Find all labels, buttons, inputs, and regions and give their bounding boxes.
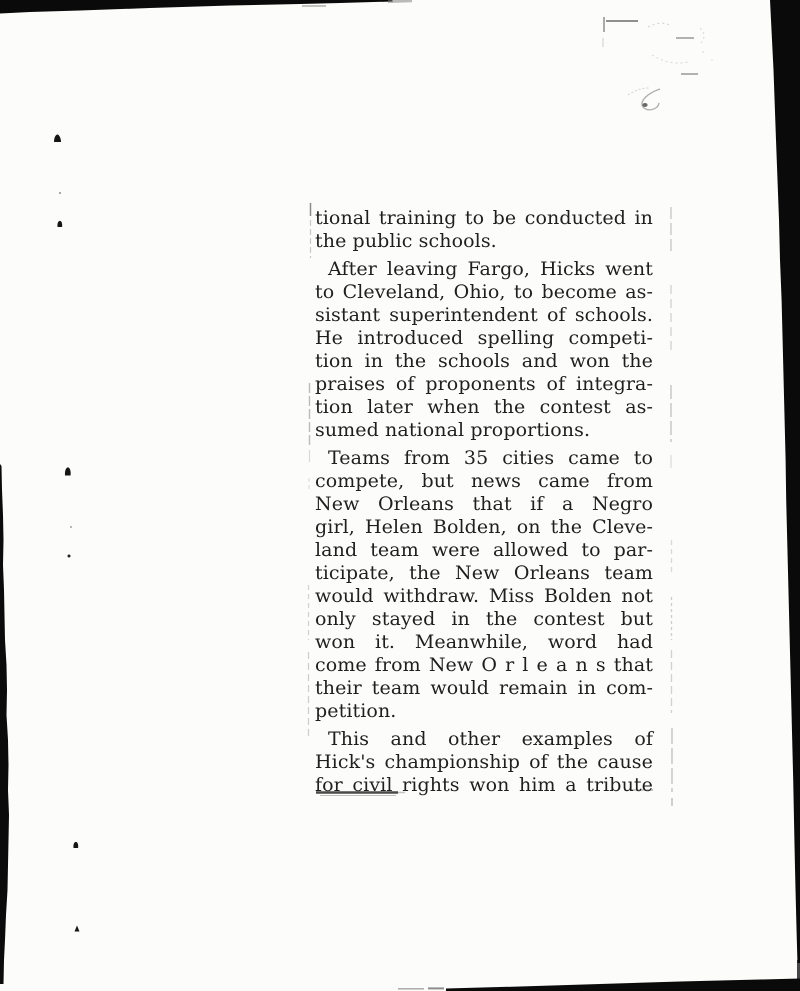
text-line: only stayed in the contest but bbox=[315, 608, 653, 631]
text-line: sistant superintendent of schools. bbox=[315, 304, 653, 327]
text-line: their team would remain in com- bbox=[315, 677, 653, 700]
text-line: praises of proponents of integra- bbox=[315, 373, 653, 396]
scan-noise-dash bbox=[428, 987, 444, 989]
scan-edge-top bbox=[0, 0, 393, 14]
scan-edge-top-tail bbox=[388, 0, 412, 3]
text-line: won it. Meanwhile, word had bbox=[315, 631, 653, 654]
pencil-scribble-dot bbox=[642, 103, 647, 107]
paragraph: After leaving Fargo, Hicks wentto Clevel… bbox=[315, 258, 653, 442]
paragraph: tional training to be conducted inthe pu… bbox=[315, 207, 653, 253]
text-line: tion later when the contest as- bbox=[315, 396, 653, 419]
scan-edge-right bbox=[770, 0, 800, 963]
scan-edge-bottom bbox=[446, 979, 800, 991]
article-column: tional training to be conducted inthe pu… bbox=[315, 207, 653, 797]
text-line: come from New O r l e a n s that bbox=[315, 654, 653, 677]
scan-edge-left bbox=[0, 464, 9, 984]
ink-speck bbox=[65, 467, 71, 475]
text-line: the public schools. bbox=[315, 230, 653, 253]
ink-speck bbox=[68, 555, 71, 558]
ink-speck bbox=[70, 526, 72, 528]
scan-noise-dash bbox=[398, 988, 424, 990]
text-line: New Orleans that if a Negro bbox=[315, 493, 653, 516]
text-line: girl, Helen Bolden, on the Cleve- bbox=[315, 516, 653, 539]
ink-speck bbox=[59, 192, 61, 194]
ink-speck bbox=[54, 135, 61, 143]
column-rule-left bbox=[309, 203, 311, 736]
text-line: compete, but news came from bbox=[315, 470, 653, 493]
ink-speck bbox=[75, 926, 80, 932]
text-line: Hick's championship of the cause bbox=[315, 751, 653, 774]
text-line: tion in the schools and won the bbox=[315, 350, 653, 373]
ink-speck bbox=[73, 842, 78, 848]
scanned-newspaper-page: tional training to be conducted inthe pu… bbox=[0, 0, 800, 991]
text-line: This and other examples of bbox=[315, 728, 653, 751]
paragraph: Teams from 35 cities came tocompete, but… bbox=[315, 447, 653, 723]
text-line: land team were allowed to par- bbox=[315, 539, 653, 562]
column-rule-right bbox=[671, 207, 672, 806]
text-line: After leaving Fargo, Hicks went bbox=[315, 258, 653, 281]
text-line: tional training to be conducted in bbox=[315, 207, 653, 230]
text-line: for civil rights won him a tribute bbox=[315, 774, 653, 797]
text-line: He introduced spelling competi- bbox=[315, 327, 653, 350]
ink-speck bbox=[57, 221, 62, 227]
text-line: petition. bbox=[315, 700, 653, 723]
text-line: ticipate, the New Orleans team bbox=[315, 562, 653, 585]
text-line: Teams from 35 cities came to bbox=[315, 447, 653, 470]
text-line: sumed national proportions. bbox=[315, 419, 653, 442]
paragraph: This and other examples ofHick's champio… bbox=[315, 728, 653, 797]
scan-noise-dash bbox=[302, 5, 326, 7]
text-line: to Cleveland, Ohio, to become as- bbox=[315, 281, 653, 304]
text-line: would withdraw. Miss Bolden not bbox=[315, 585, 653, 608]
pencil-scribble bbox=[603, 17, 713, 110]
